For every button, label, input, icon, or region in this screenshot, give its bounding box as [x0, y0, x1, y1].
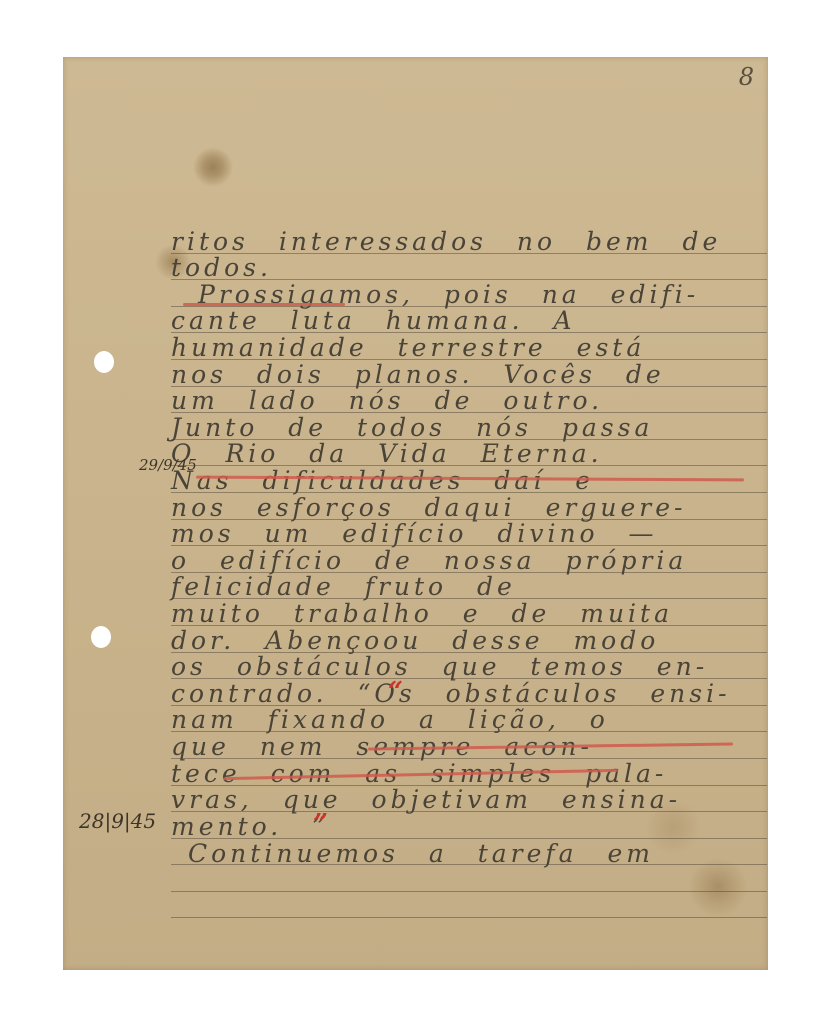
text-line: nos esforços daqui erguere-: [171, 493, 761, 522]
text-line: contrado. “Os obstáculos ensi-: [171, 679, 761, 708]
red-close-quote: ”: [313, 809, 328, 839]
margin-date-note: 29/9/45: [139, 457, 169, 473]
text-line: nos dois planos. Vocês de: [171, 360, 761, 389]
text-line: todos.: [171, 253, 761, 282]
punch-hole: [91, 626, 111, 648]
red-open-quote: “: [388, 677, 403, 707]
text-line: ritos interessados no bem de: [171, 227, 761, 256]
page-number: 8: [739, 63, 754, 91]
text-line: mento. ”: [171, 812, 761, 841]
text-line: cante luta humana. A: [171, 306, 761, 335]
text-line: um lado nós de outro.: [171, 386, 761, 415]
ruled-line: [171, 917, 767, 918]
text-line: dor. Abençoou desse modo: [171, 626, 761, 655]
ruled-line: [171, 891, 767, 892]
punch-hole: [94, 351, 114, 373]
text-line: o edifício de nossa própria: [171, 546, 761, 575]
text-line: os obstáculos que temos en-: [171, 652, 761, 681]
text-line: Junto de todos nós passa: [171, 413, 761, 442]
margin-date-note: 28|9|45: [79, 809, 156, 833]
text-line: muito trabalho e de muita: [171, 599, 761, 628]
text-line: felicidade fruto de: [171, 572, 761, 601]
text-line: humanidade terrestre está: [171, 333, 761, 362]
text-line: mos um edifício divino —: [171, 519, 761, 548]
text-line: Continuemos a tarefa em: [188, 839, 778, 868]
text-line: nam fixando a lição, o: [171, 705, 761, 734]
text-line: vras, que objetivam ensina-: [171, 785, 761, 814]
text-line: O Rio da Vida Eterna.: [171, 439, 761, 468]
manuscript-page: 8 ritos interessados no bem de todos. Pr…: [63, 57, 768, 970]
red-underline: [183, 303, 345, 306]
